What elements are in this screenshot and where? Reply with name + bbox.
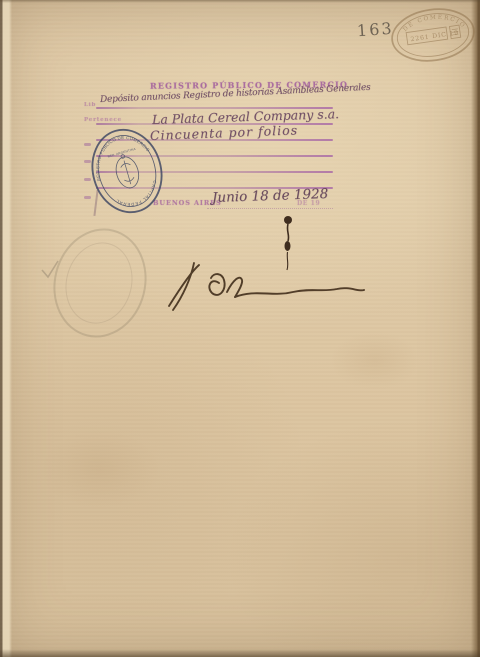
form-line-tick [84,196,91,199]
paper-bottom-edge [0,649,480,657]
scanned-document-page: 163 DE COMERCIO 2261 DIC 19 REGISTRO PÚB… [0,0,480,657]
seal-arc-bottom-text: CAPITAL FEDERAL [112,179,163,212]
paper-left-edge [0,0,12,657]
date-ruled-line [207,208,333,209]
received-date-stamp-icon: DE COMERCIO 2261 DIC 19 [386,1,480,69]
paper-stain [330,330,420,390]
signature [161,256,367,312]
form-left-label: Lib [84,102,96,108]
faint-pen-check-mark [40,258,62,282]
paper-stain [40,430,160,510]
seal-inner-text: REP. ARGENTINA [107,147,137,159]
form-line-tick [84,178,91,181]
svg-text:CAPITAL FEDERAL: CAPITAL FEDERAL [112,179,163,212]
paper-right-edge [471,0,480,657]
paper-top-edge [0,0,480,3]
